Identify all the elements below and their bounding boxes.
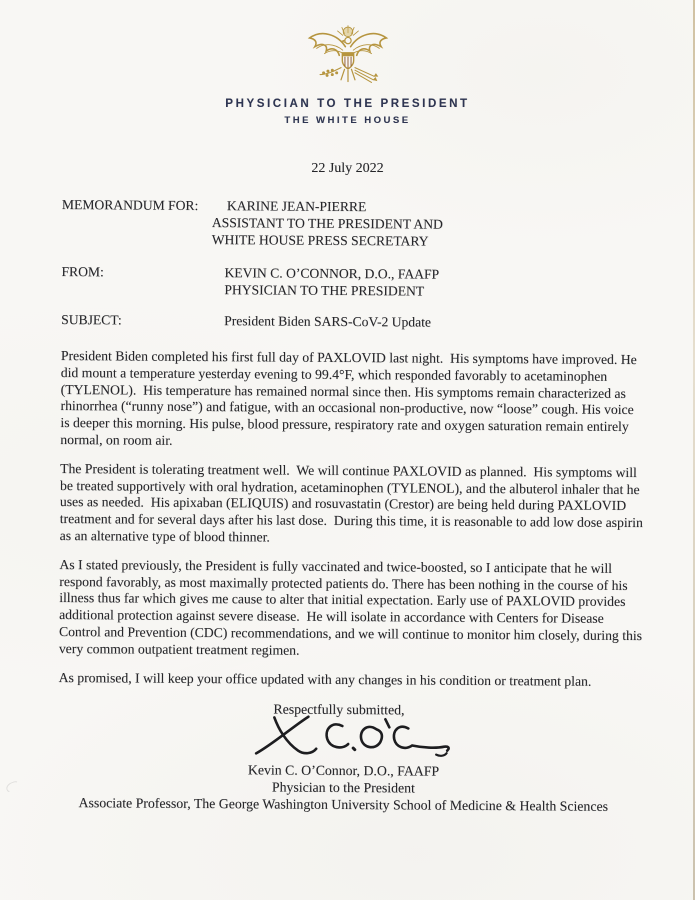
- body-paragraph-1: President Biden completed his first full…: [60, 348, 645, 453]
- body-paragraph-3: As I stated previously, the President is…: [59, 557, 644, 662]
- signature-block: Kevin C. O’Connor, D.O., FAAFP Physician…: [0, 761, 691, 816]
- sender-line: PHYSICIAN TO THE PRESIDENT: [224, 281, 654, 301]
- body-paragraph-4: As promised, I will keep your office upd…: [59, 670, 643, 691]
- memo-label: FROM:: [61, 263, 103, 280]
- memo-label: MEMORANDUM FOR:: [62, 196, 198, 214]
- letter-body: President Biden completed his first full…: [59, 348, 645, 702]
- memo-field-from: FROM: KEVIN C. O’CONNOR, D.O., FAAFP PHY…: [61, 263, 654, 301]
- memo-values: KEVIN C. O’CONNOR, D.O., FAAFP PHYSICIAN…: [224, 264, 654, 301]
- memo-field-recipient: MEMORANDUM FOR: KARINE JEAN-PIERRE ASSIS…: [62, 196, 655, 251]
- handwritten-signature-icon: [250, 711, 455, 768]
- subject-line: President Biden SARS-CoV-2 Update: [224, 312, 654, 332]
- letter-content: MEMORANDUM FOR: KARINE JEAN-PIERRE ASSIS…: [0, 0, 695, 900]
- memo-label: SUBJECT:: [61, 311, 122, 328]
- memo-values: President Biden SARS-CoV-2 Update: [224, 312, 654, 332]
- signer-affiliation: Associate Professor, The George Washingt…: [0, 794, 691, 816]
- memo-field-subject: SUBJECT: President Biden SARS-CoV-2 Upda…: [61, 311, 654, 332]
- memo-values: KARINE JEAN-PIERRE ASSISTANT TO THE PRES…: [212, 197, 655, 251]
- recipient-line: WHITE HOUSE PRESS SECRETARY: [212, 231, 655, 251]
- body-paragraph-2: The President is tolerating treatment we…: [60, 461, 645, 549]
- scanned-memo-page: ⌇⌇ ∿∿ ⌇: [0, 0, 695, 900]
- memo-header: MEMORANDUM FOR: KARINE JEAN-PIERRE ASSIS…: [61, 196, 655, 332]
